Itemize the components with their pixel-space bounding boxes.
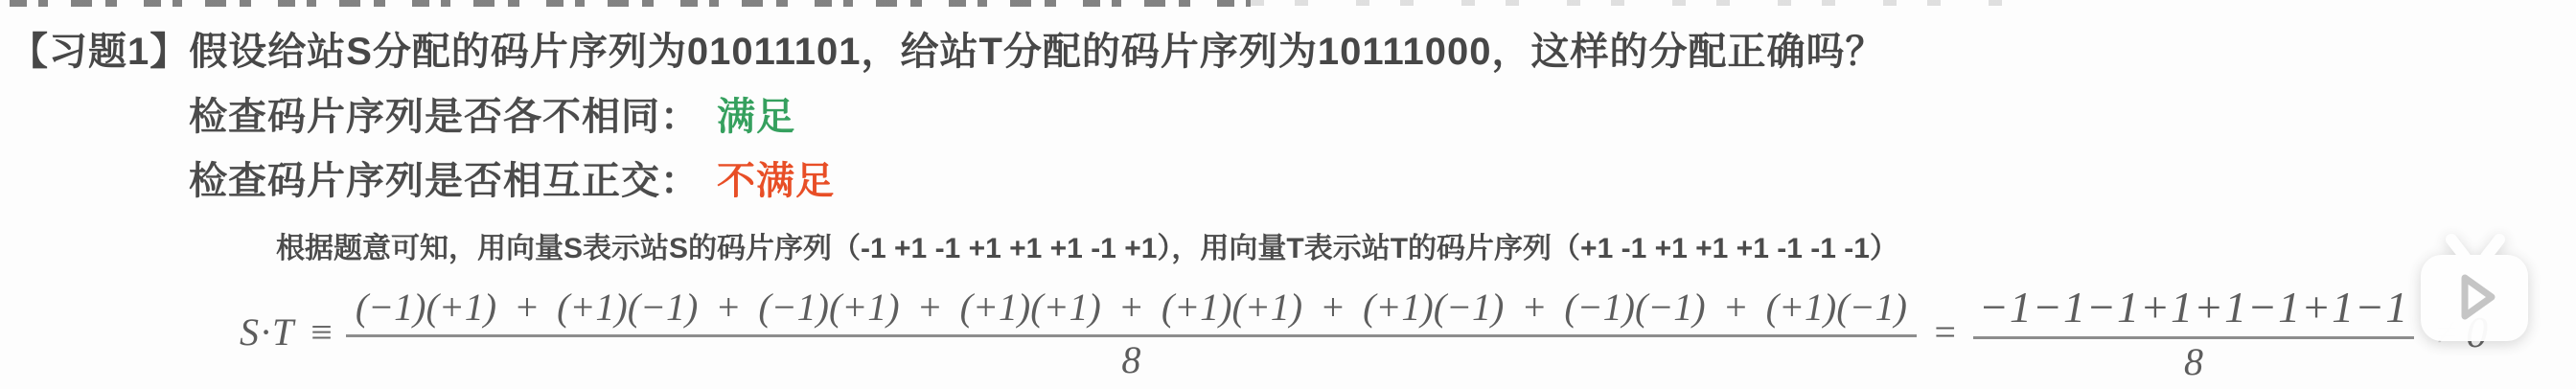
vectors-explanation: 根据题意可知，用向量S表示站S的码片序列（-1 +1 -1 +1 +1 +1 -… xyxy=(276,224,1898,266)
result-fraction: −1−1−1+1+1−1+1−1 8 xyxy=(1973,282,2414,381)
clipped-previous-line xyxy=(10,0,1251,7)
tv-play-glyph xyxy=(2413,230,2536,347)
problem-title: 【习题1】假设给站S分配的码片序列为01011101，给站T分配的码片序列为10… xyxy=(10,21,1884,76)
expanded-denominator: 8 xyxy=(1121,338,1140,379)
result-denominator: 8 xyxy=(2184,340,2203,381)
check-orthogonal-label: 检查码片序列是否相互正交： xyxy=(189,160,700,202)
check-distinct-result: 满足 xyxy=(717,96,795,138)
formula-lhs: S·T xyxy=(240,309,295,355)
lecture-slide: 【习题1】假设给站S分配的码片序列为01011101，给站T分配的码片序列为10… xyxy=(0,0,2576,389)
check-orthogonal-result: 不满足 xyxy=(717,160,835,202)
check-orthogonal-row: 检查码片序列是否相互正交：不满足 xyxy=(189,150,835,205)
equals-sign: = xyxy=(1932,309,1958,355)
dot-product-formula: S·T ≡ (−1)(+1) + (+1)(−1) + (−1)(+1) + (… xyxy=(240,282,2488,381)
result-numerator: −1−1−1+1+1−1+1−1 xyxy=(1973,282,2414,339)
expanded-numerator: (−1)(+1) + (+1)(−1) + (−1)(+1) + (+1)(+1… xyxy=(346,285,1917,337)
check-distinct-row: 检查码片序列是否各不相同：满足 xyxy=(189,86,795,141)
clipped-previous-line-faint xyxy=(1251,0,2017,6)
check-distinct-label: 检查码片序列是否各不相同： xyxy=(189,96,700,138)
identical-to-sign: ≡ xyxy=(310,309,333,355)
bilibili-play-icon[interactable] xyxy=(2413,230,2536,347)
expanded-fraction: (−1)(+1) + (+1)(−1) + (−1)(+1) + (+1)(+1… xyxy=(346,285,1917,379)
